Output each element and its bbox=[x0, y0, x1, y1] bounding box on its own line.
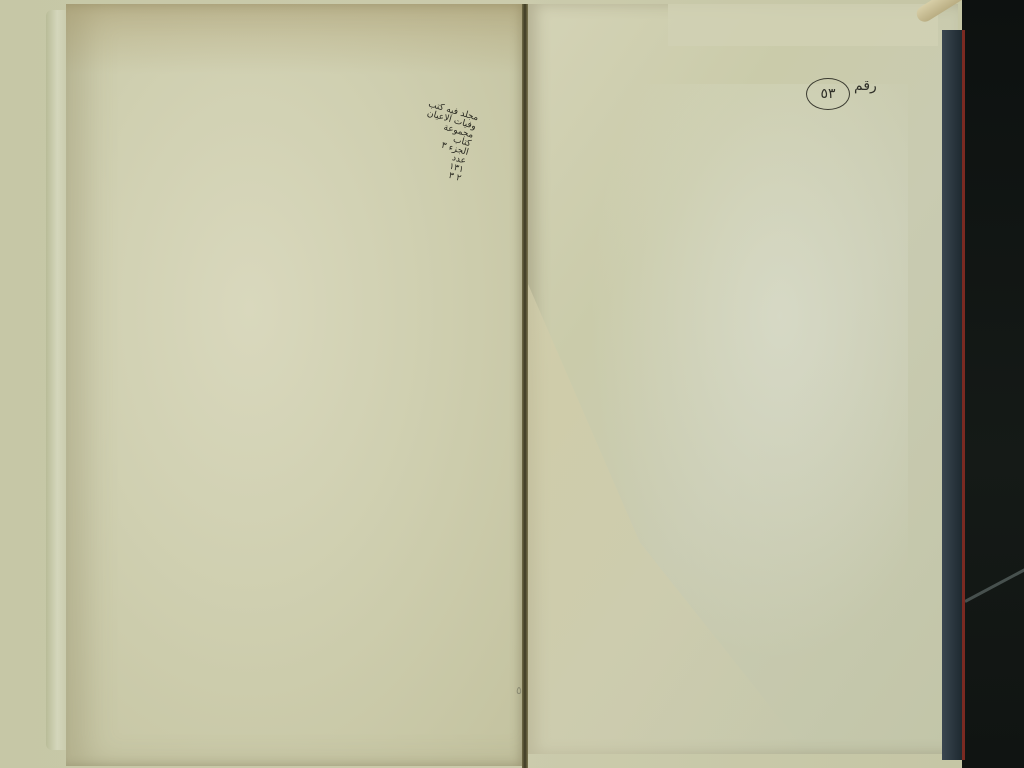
left-flyleaf: مجلد فيه كتب وفيات الاعيان مجموعة كتاب ا… bbox=[66, 4, 526, 766]
dark-background bbox=[962, 0, 1024, 768]
cover-edge bbox=[942, 30, 965, 760]
right-flyleaf bbox=[528, 4, 958, 754]
top-paper-band bbox=[668, 4, 938, 46]
shelfmark: رقم bbox=[854, 78, 877, 94]
folio-number: ٥٣ bbox=[806, 78, 850, 110]
open-book: مجلد فيه كتب وفيات الاعيان مجموعة كتاب ا… bbox=[46, 4, 964, 768]
